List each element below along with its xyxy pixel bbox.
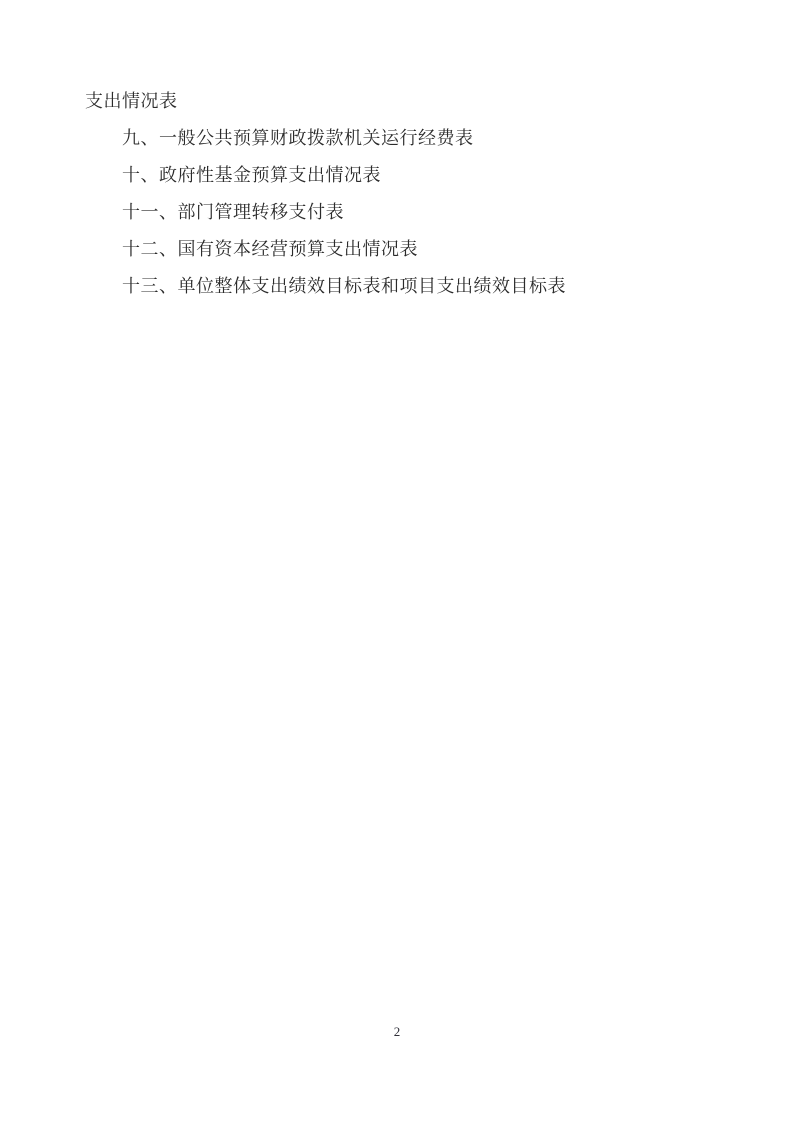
toc-item-9: 九、一般公共预算财政拨款机关运行经费表 <box>85 120 734 157</box>
document-page: 支出情况表 九、一般公共预算财政拨款机关运行经费表 十、政府性基金预算支出情况表… <box>0 0 794 1123</box>
toc-item-10: 十、政府性基金预算支出情况表 <box>85 157 734 194</box>
toc-item-11: 十一、部门管理转移支付表 <box>85 194 734 231</box>
toc-item-13: 十三、单位整体支出绩效目标表和项目支出绩效目标表 <box>85 268 734 305</box>
page-footer: 2 <box>0 1023 794 1041</box>
toc-line-continuation: 支出情况表 <box>85 83 734 120</box>
page-number: 2 <box>394 1024 401 1039</box>
document-content: 支出情况表 九、一般公共预算财政拨款机关运行经费表 十、政府性基金预算支出情况表… <box>85 83 734 305</box>
toc-item-12: 十二、国有资本经营预算支出情况表 <box>85 231 734 268</box>
